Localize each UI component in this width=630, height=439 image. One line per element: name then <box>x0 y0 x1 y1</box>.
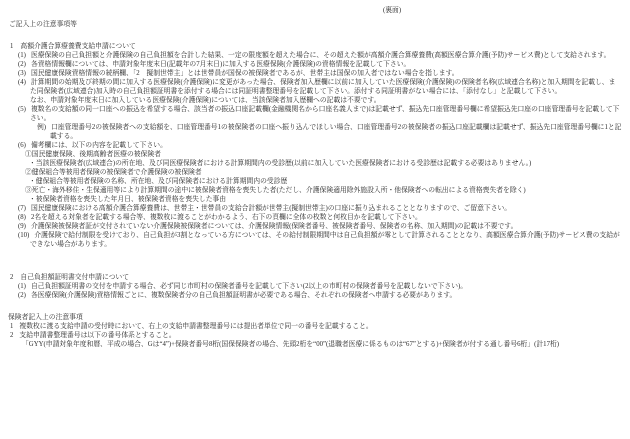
note-item-4-addendum: なお、申請対象年度末日に加入している医療保険(介護保険)については、当該保険者加… <box>0 96 622 105</box>
section-title: 保険者記入上の注意事項 <box>0 313 622 322</box>
note-item-5: (5)複数名の支給額の同一口座への振込を希望する場合、該当者の振込口座記載欄(金… <box>0 105 622 123</box>
item-text: 2名を超える対象者を記載する場合等、複数枚に渡ることがわかるよう、右下の頁欄に全… <box>31 214 422 221</box>
note-item-1: (1)医療保険の自己負担額と介護保険の自己負担額を合計した結果、一定の限度額を超… <box>0 51 622 60</box>
note-item-6-sub-5: ③死亡・海外移住・生保適用等により計算期間の途中に被保険者資格を喪失した者(ただ… <box>0 186 622 195</box>
item-label: (2) <box>18 292 26 299</box>
note-item-6-sub-4: ・健保組合等被用者保険の名称、所在地、及び同保険者における計算期間内の受診歴 <box>0 177 622 186</box>
item-text: 支給申請書整理番号は以下の番号体系とすること。 <box>19 332 175 339</box>
section-certificate-application: 2自己負担額証明書交付申請について (1)自己負担額証明書の交付を申請する場合、… <box>0 273 622 300</box>
document-title: ご記入上の注意事項等 <box>9 20 77 29</box>
item-text: 各医療保険(介護保険)資格情報ごとに、複数保険者分の自己負担額証明書が必要である… <box>31 292 456 299</box>
note-item-2: (2)各医療保険(介護保険)資格情報ごとに、複数保険者分の自己負担額証明書が必要… <box>0 291 622 300</box>
example-text: 口座管理番号2の被保険者への支給額を、口座管理番号1の被保険者の口座へ振り込んで… <box>50 124 621 140</box>
item-label: (1) <box>18 52 26 59</box>
note-item-3: (3)国民健康保険資格情報の続柄欄、「2 擬制世帯主」とは世帯員が国保の被保険者… <box>0 69 622 78</box>
note-item-8: (8)2名を超える対象者を記載する場合等、複数枚に渡ることがわかるよう、右下の頁… <box>0 213 622 222</box>
item-label: (2) <box>18 61 26 68</box>
item-text: 複数枚に渡る支給申請の受付時において、右上の支給申請書整理番号には提出者単位で同… <box>19 323 372 330</box>
item-label: (5) <box>18 106 26 113</box>
item-text: 国民健康保険における高額介護合算療養費は、世帯主・世帯員の支給合計額が世帯主(擬… <box>31 205 511 212</box>
item-text: 医療保険の自己負担額と介護保険の自己負担額を合計した結果、一定の限度額を超えた場… <box>31 52 610 59</box>
item-label: (6) <box>18 142 26 149</box>
item-text: 備考欄には、以下の内容を記載して下さい。 <box>31 142 167 149</box>
item-label: (3) <box>18 70 26 77</box>
note-item-6-sub-3: ②健保組合等被用者保険の被保険者で介護保険の被保険者 <box>0 168 622 177</box>
document-content: 1高額介護合算療養費支給申請について (1)医療保険の自己負担額と介護保険の自己… <box>0 42 622 349</box>
item-text: 計算期間の始期及び終期の間に加入する医療保険(介護保険)に変更があった場合、保険… <box>30 79 615 95</box>
item-label: 2 <box>10 332 13 339</box>
item-label: (1) <box>18 283 26 290</box>
insurer-note-2-numbering-scheme: 「GYY(申請対象年度和暦、平成の場合、Gは“4”)+保険者番号8桁(国保保険者… <box>0 340 622 349</box>
item-label: (8) <box>18 214 26 221</box>
item-label: (9) <box>18 223 26 230</box>
section-number: 1 <box>10 43 13 50</box>
item-text: 介護保険で給付制限を受けており、自己負担が3割となっている方については、その給付… <box>30 232 620 248</box>
insurer-note-1: 1複数枚に渡る支給申請の受付時において、右上の支給申請書整理番号には提出者単位で… <box>0 322 622 331</box>
note-item-5-example: 例)口座管理番号2の被保険者への支給額を、口座管理番号1の被保険者の口座へ振り込… <box>0 123 622 141</box>
note-item-9: (9)介護保険被保険者証が交付されていない介護保険被保険者については、介護保険情… <box>0 222 622 231</box>
note-item-7: (7)国民健康保険における高額介護合算療養費は、世帯主・世帯員の支給合計額が世帯… <box>0 204 622 213</box>
item-label: 1 <box>10 323 13 330</box>
item-label: (4) <box>18 79 26 86</box>
note-item-1: (1)自己負担額証明書の交付を申請する場合、必ず同じ市町村の保険者番号を記載して… <box>0 282 622 291</box>
item-text: 介護保険被保険者証が交付されていない介護保険被保険者については、介護保険情報(保… <box>31 223 517 230</box>
note-item-10: (10)介護保険で給付制限を受けており、自己負担が3割となっている方については、… <box>0 231 622 249</box>
section-insurer-notes: 保険者記入上の注意事項 1複数枚に渡る支給申請の受付時において、右上の支給申請書… <box>0 313 622 349</box>
section-application-notes: 1高額介護合算療養費支給申請について (1)医療保険の自己負担額と介護保険の自己… <box>0 42 622 249</box>
item-label: (7) <box>18 205 26 212</box>
item-text: 自己負担額証明書の交付を申請する場合、必ず同じ市町村の保険者番号を記載して下さい… <box>31 283 467 290</box>
section-number: 2 <box>10 274 13 281</box>
backside-label: (裏面) <box>383 6 401 15</box>
example-label: 例) <box>37 124 46 131</box>
section-title: 自己負担額証明書交付申請について <box>20 274 129 281</box>
note-item-6-sub-1: ①国民健康保険、後期高齢者医療の被保険者 <box>0 150 622 159</box>
section-heading: 2自己負担額証明書交付申請について <box>0 273 622 282</box>
section-heading: 1高額介護合算療養費支給申請について <box>0 42 622 51</box>
document-page: (裏面) ご記入上の注意事項等 1高額介護合算療養費支給申請について (1)医療… <box>0 0 630 439</box>
note-item-6-sub-6: ・被保険者資格を喪失した年月日、被保険者資格を喪失した事由 <box>0 195 622 204</box>
item-text: 国民健康保険資格情報の続柄欄、「2 擬制世帯主」とは世帯員が国保の被保険者である… <box>31 70 459 77</box>
note-item-2: (2)各資格情報欄については、申請対象年度末日(記載年の7月末日)に加入する医療… <box>0 60 622 69</box>
insurer-note-2: 2支給申請書整理番号は以下の番号体系とすること。 <box>0 331 622 340</box>
note-item-6-sub-2: ・当該医療保険者(広域連合)の所在地、及び同医療保険者における計算期間内の受診歴… <box>0 159 622 168</box>
item-label: (10) <box>18 232 29 239</box>
note-item-6: (6)備考欄には、以下の内容を記載して下さい。 <box>0 141 622 150</box>
section-title: 高額介護合算療養費支給申請について <box>20 43 135 50</box>
item-text: 複数名の支給額の同一口座への振込を希望する場合、該当者の振込口座記載欄(金融機関… <box>30 106 619 122</box>
note-item-4: (4)計算期間の始期及び終期の間に加入する医療保険(介護保険)に変更があった場合… <box>0 78 622 96</box>
item-text: 各資格情報欄については、申請対象年度末日(記載年の7月末日)に加入する医療保険(… <box>31 61 410 68</box>
